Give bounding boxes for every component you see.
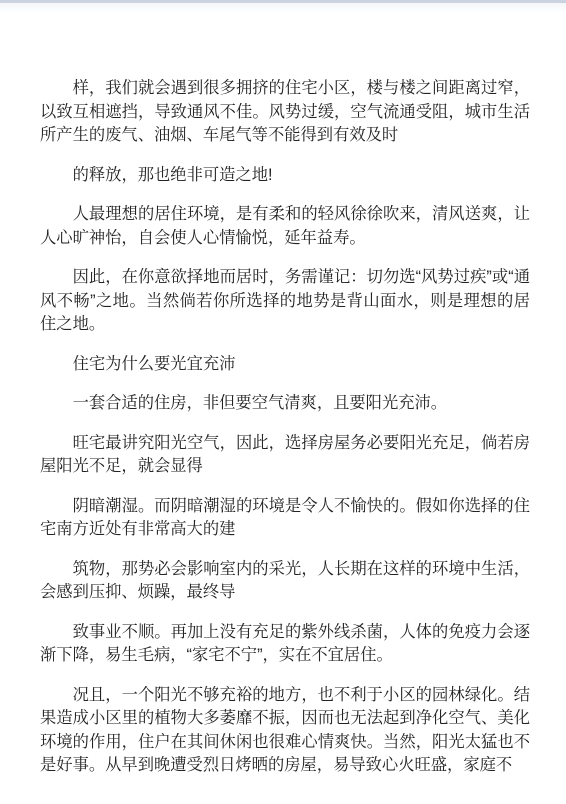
- document-body: 样，我们就会遇到很多拥挤的住宅小区，楼与楼之间距离过窄，以致互相遮挡，导致通风不…: [40, 77, 530, 778]
- paragraph: 的释放，那也绝非可造之地!: [40, 164, 530, 188]
- section-heading: 住宅为什么要光宜充沛: [40, 353, 530, 377]
- paragraph: 旺宅最讲究阳光空气，因此，选择房屋务必要阳光充足，倘若房屋阳光不足，就会显得: [40, 432, 530, 479]
- paragraph: 因此，在你意欲择地而居时，务需谨记：切勿选“风势过疾”或“通风不畅”之地。当然倘…: [40, 266, 530, 337]
- paragraph: 况且，一个阳光不够充裕的地方，也不利于小区的园林绿化。结果造成小区里的植物大多萎…: [40, 684, 530, 778]
- paragraph: 一套合适的住房，非但要空气清爽，且要阳光充沛。: [40, 392, 530, 416]
- paragraph: 致事业不顺。再加上没有充足的紫外线杀菌，人体的免疫力会逐渐下降，易生毛病，“家宅…: [40, 621, 530, 668]
- document-page: 样，我们就会遇到很多拥挤的住宅小区，楼与楼之间距离过窄，以致互相遮挡，导致通风不…: [0, 13, 566, 778]
- window-top-fade: [0, 3, 566, 13]
- paragraph: 人最理想的居住环境，是有柔和的轻风徐徐吹来，清风送爽，让人心旷神怡，自会使人心情…: [40, 203, 530, 250]
- paragraph: 筑物，那势必会影响室内的采光，人长期在这样的环境中生活，会感到压抑、烦躁，最终导: [40, 558, 530, 605]
- paragraph: 阴暗潮湿。而阴暗潮湿的环境是令人不愉快的。假如你选择的住宅南方近处有非常高大的建: [40, 495, 530, 542]
- paragraph: 样，我们就会遇到很多拥挤的住宅小区，楼与楼之间距离过窄，以致互相遮挡，导致通风不…: [40, 77, 530, 148]
